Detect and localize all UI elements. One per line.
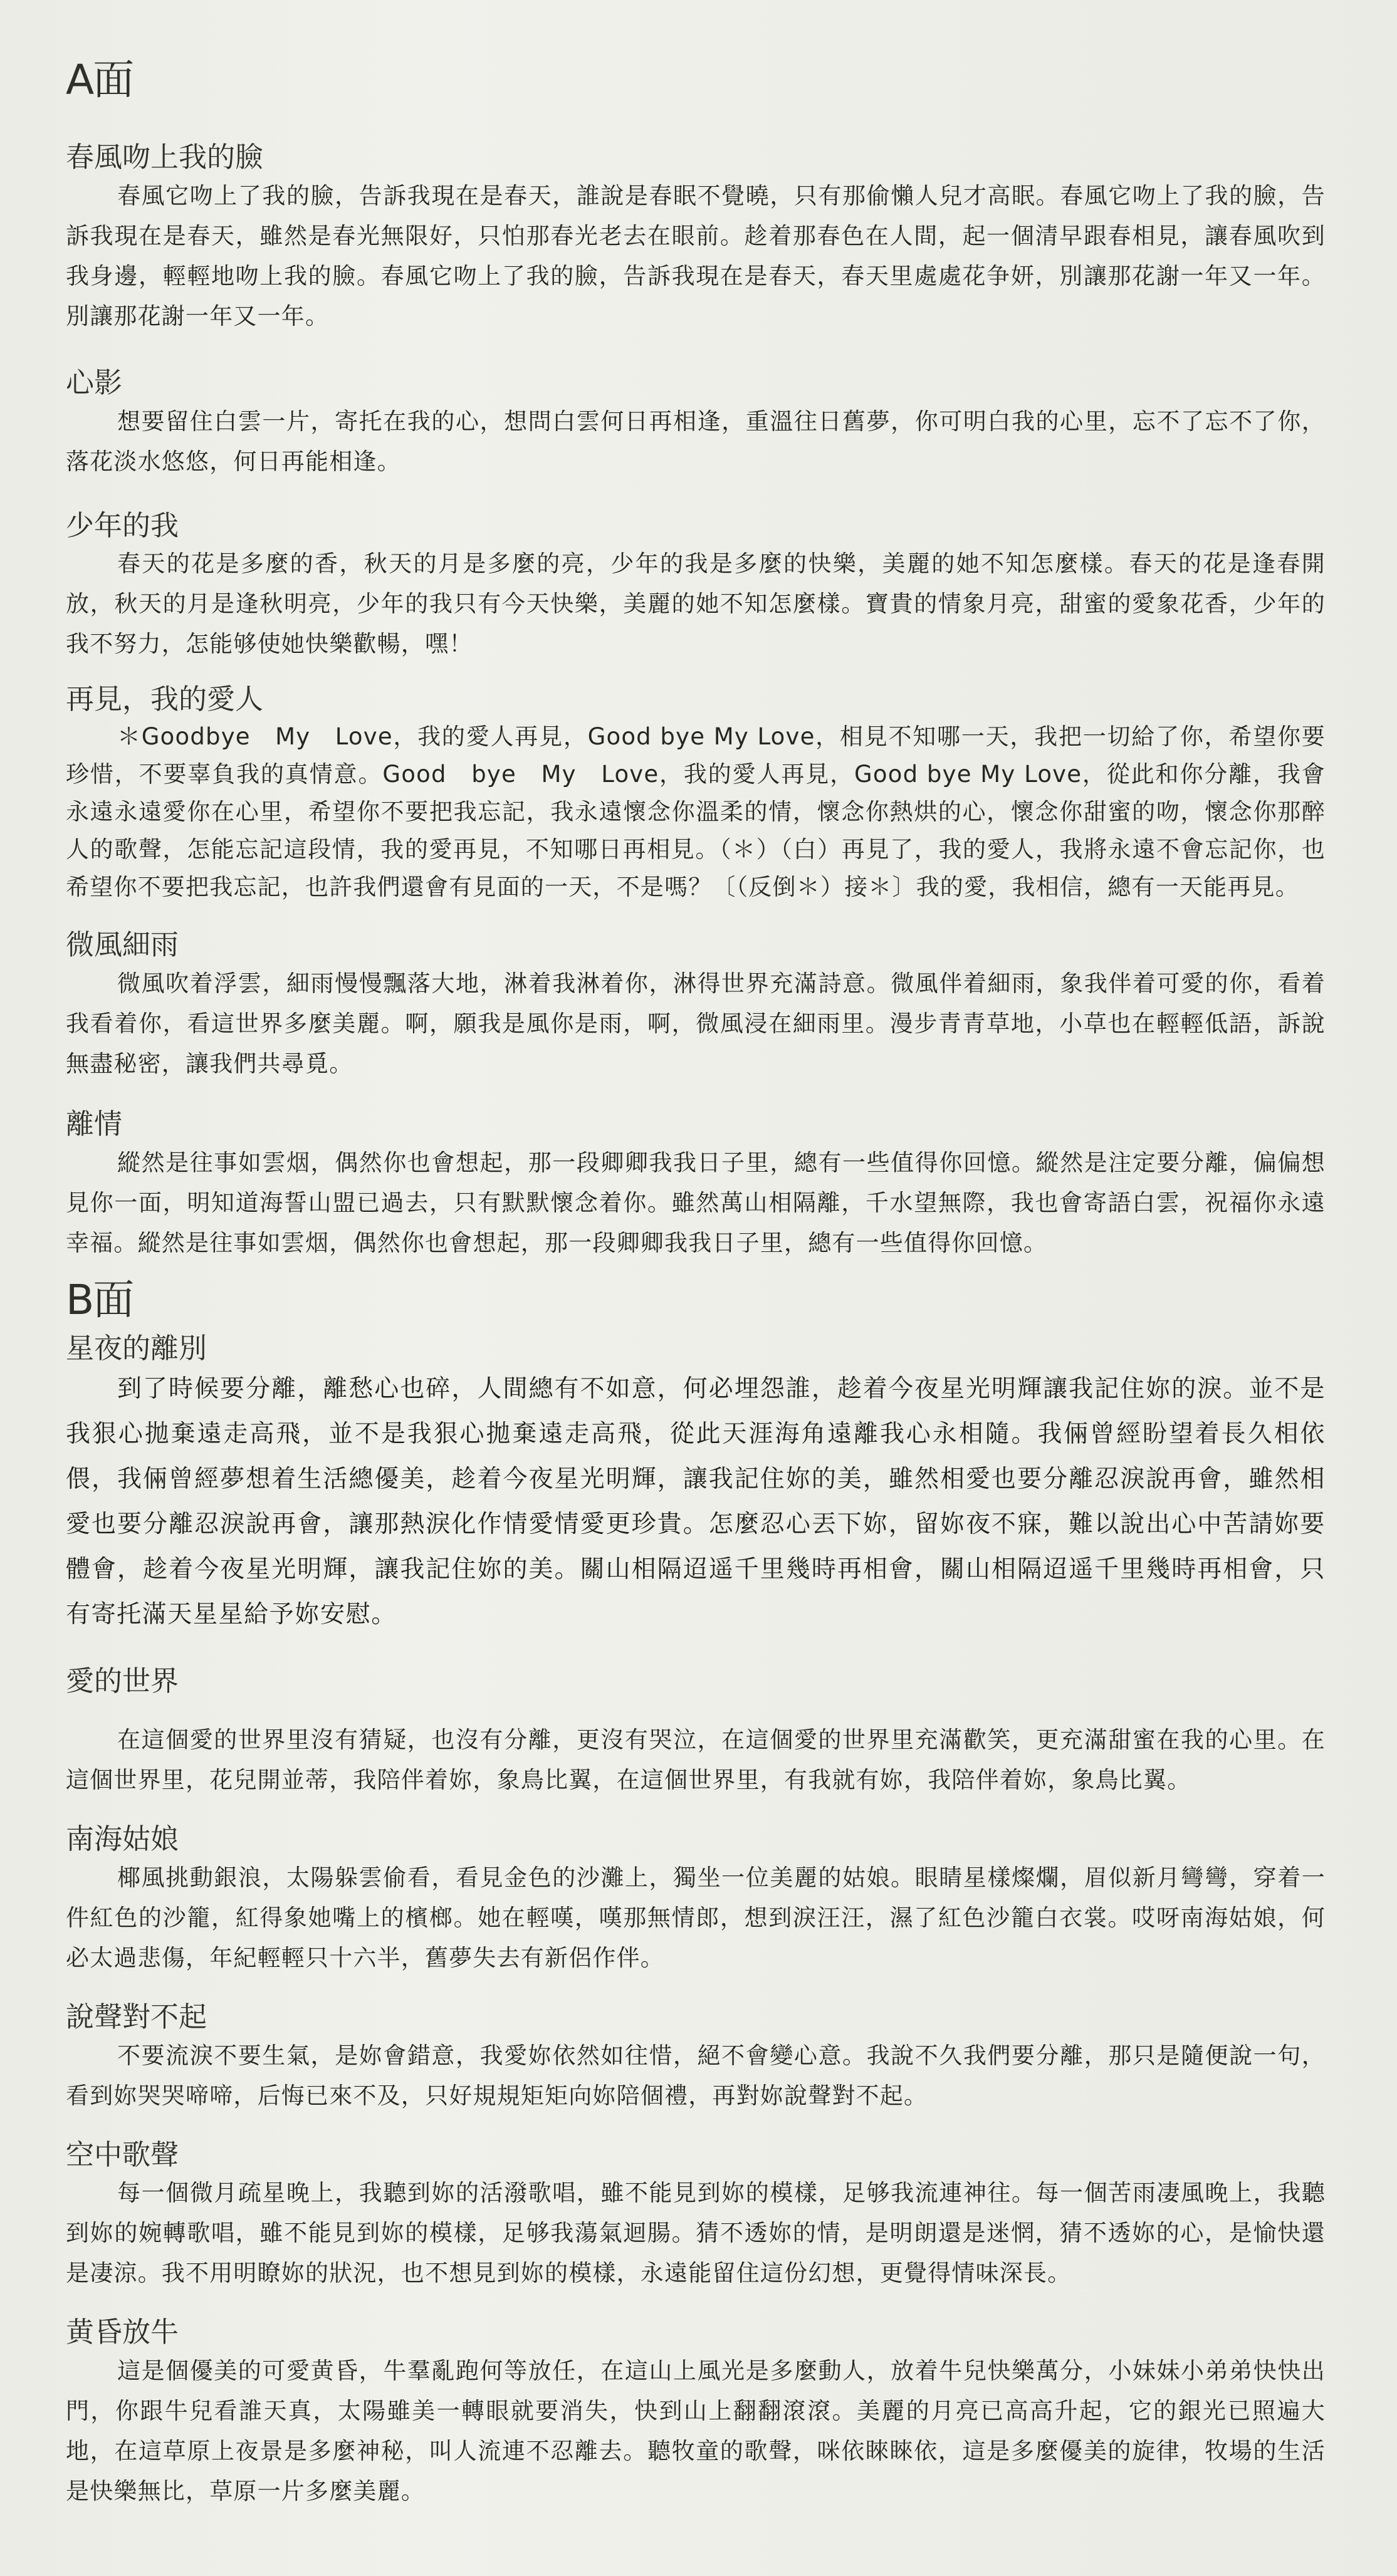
song-title: 心影 xyxy=(66,367,1326,399)
song-lyrics: 縱然是往事如雲烟，偶然你也會想起，那一段卿卿我我日子里，總有一些值得你回憶。縱然… xyxy=(66,1143,1326,1263)
song-lyrics: 每一個微月疏星晚上，我聽到妳的活潑歌唱，雖不能見到妳的模樣，足够我流連神往。每一… xyxy=(66,2173,1326,2293)
song-title: 星夜的離別 xyxy=(66,1332,1326,1365)
song-lyrics: ＊Goodbye My Love，我的愛人再見，Good bye My Love… xyxy=(66,718,1326,906)
song-b6: 黄昏放牛 這是個優美的可愛黄昏，牛羣亂跑何等放任，在這山上風光是多麼動人，放着牛… xyxy=(66,2316,1326,2511)
song-a3: 少年的我 春天的花是多麼的香，秋天的月是多麼的亮，少年的我是多麼的快樂，美麗的她… xyxy=(66,509,1326,665)
song-a2: 心影 想要留住白雲一片，寄托在我的心，想問白雲何日再相逢，重溫往日舊夢，你可明白… xyxy=(66,367,1326,482)
song-title: 愛的世界 xyxy=(66,1665,1326,1697)
song-lyrics: 微風吹着浮雲，細雨慢慢飄落大地，淋着我淋着你，淋得世界充滿詩意。微風伴着細雨，象… xyxy=(66,964,1326,1084)
song-a5: 微風細雨 微風吹着浮雲，細雨慢慢飄落大地，淋着我淋着你，淋得世界充滿詩意。微風伴… xyxy=(66,929,1326,1084)
song-title: 南海姑娘 xyxy=(66,1823,1326,1855)
song-lyrics: 春風它吻上了我的臉，告訴我現在是春天，誰說是春眠不覺曉，只有那偷懶人兒才高眠。春… xyxy=(66,176,1326,336)
song-a1: 春風吻上我的臉 春風它吻上了我的臉，告訴我現在是春天，誰說是春眠不覺曉，只有那偷… xyxy=(66,141,1326,336)
side-b-heading: B面 xyxy=(66,1280,1326,1321)
song-lyrics: 在這個愛的世界里沒有猜疑，也沒有分離，更沒有哭泣，在這個愛的世界里充滿歡笑，更充… xyxy=(66,1720,1326,1800)
song-lyrics: 想要留住白雲一片，寄托在我的心，想問白雲何日再相逢，重溫往日舊夢，你可明白我的心… xyxy=(66,402,1326,482)
song-b3: 南海姑娘 椰風挑動銀浪，太陽躲雲偷看，看見金色的沙灘上，獨坐一位美麗的姑娘。眼睛… xyxy=(66,1823,1326,1978)
song-b5: 空中歌聲 每一個微月疏星晚上，我聽到妳的活潑歌唱，雖不能見到妳的模樣，足够我流連… xyxy=(66,2139,1326,2294)
song-a4: 再見，我的愛人 ＊Goodbye My Love，我的愛人再見，Good bye… xyxy=(66,683,1326,906)
side-a-heading: A面 xyxy=(66,60,1326,101)
song-title: 空中歌聲 xyxy=(66,2139,1326,2171)
song-lyrics: 椰風挑動銀浪，太陽躲雲偷看，看見金色的沙灘上，獨坐一位美麗的姑娘。眼睛星樣燦爛，… xyxy=(66,1858,1326,1978)
song-b4: 說聲對不起 不要流淚不要生氣，是妳會錯意，我愛妳依然如往惜，絕不會變心意。我說不… xyxy=(66,2001,1326,2116)
song-b2: 愛的世界 在這個愛的世界里沒有猜疑，也沒有分離，更沒有哭泣，在這個愛的世界里充滿… xyxy=(66,1665,1326,1800)
song-title: 少年的我 xyxy=(66,509,1326,542)
song-title: 黄昏放牛 xyxy=(66,2316,1326,2349)
song-title: 說聲對不起 xyxy=(66,2001,1326,2033)
song-lyrics: 這是個優美的可愛黄昏，牛羣亂跑何等放任，在這山上風光是多麼動人，放着牛兒快樂萬分… xyxy=(66,2351,1326,2511)
song-title: 再見，我的愛人 xyxy=(66,683,1326,716)
song-lyrics: 春天的花是多麼的香，秋天的月是多麼的亮，少年的我是多麼的快樂，美麗的她不知怎麼樣… xyxy=(66,544,1326,664)
song-b1: 星夜的離別 到了時候要分離，離愁心也碎，人間總有不如意，何必埋怨誰，趁着今夜星光… xyxy=(66,1332,1326,1638)
lyrics-sheet: A面 春風吻上我的臉 春風它吻上了我的臉，告訴我現在是春天，誰說是春眠不覺曉，只… xyxy=(66,60,1326,2511)
song-title: 離情 xyxy=(66,1108,1326,1140)
song-a6: 離情 縱然是往事如雲烟，偶然你也會想起，那一段卿卿我我日子里，總有一些值得你回憶… xyxy=(66,1108,1326,1263)
song-lyrics: 不要流淚不要生氣，是妳會錯意，我愛妳依然如往惜，絕不會變心意。我說不久我們要分離… xyxy=(66,2036,1326,2116)
song-title: 微風細雨 xyxy=(66,929,1326,961)
song-title: 春風吻上我的臉 xyxy=(66,141,1326,174)
song-lyrics: 到了時候要分離，離愁心也碎，人間總有不如意，何必埋怨誰，趁着今夜星光明輝讓我記住… xyxy=(66,1367,1326,1637)
